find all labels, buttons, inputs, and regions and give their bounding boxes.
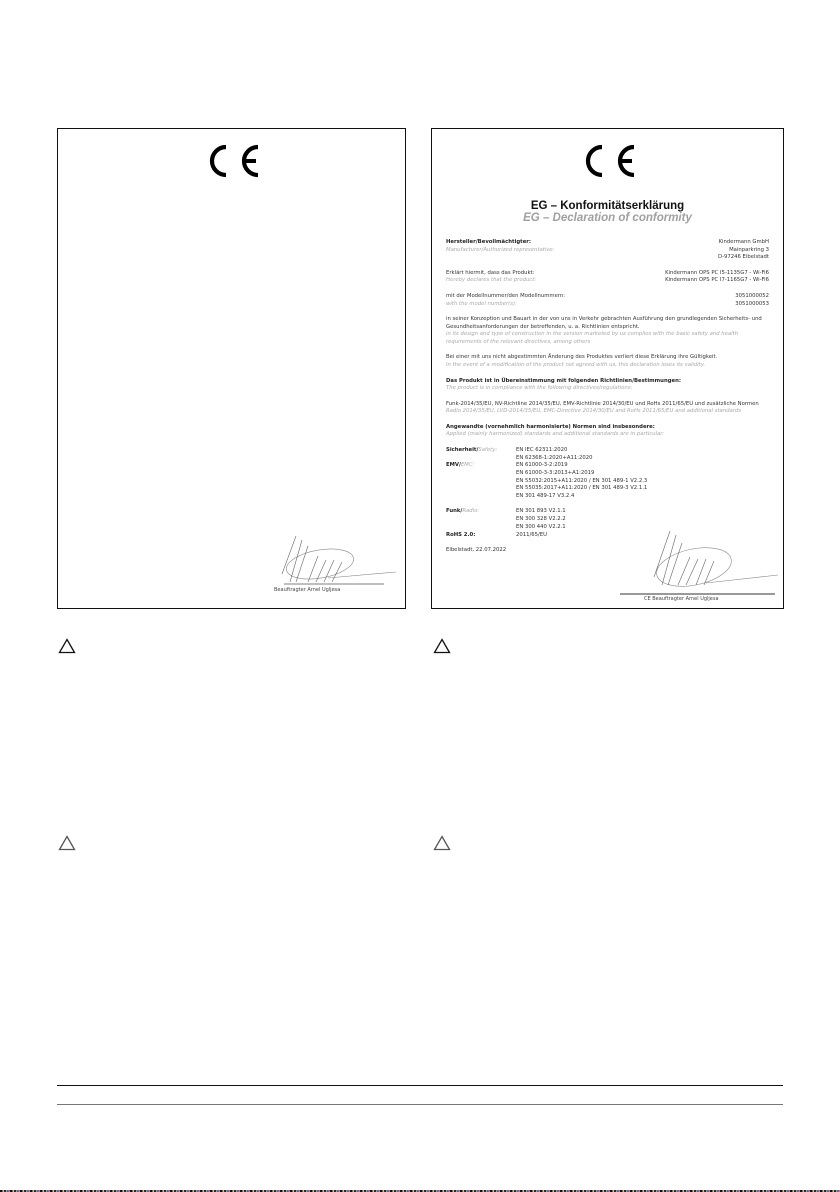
signature-line — [620, 593, 775, 595]
warning-triangle-icon — [433, 638, 451, 654]
standard-item: EN 300 328 V2.2.2 — [516, 516, 769, 524]
ce-mark — [58, 143, 405, 186]
manufacturer-value: Kindermann GmbH Mainparkring 3 D-97246 E… — [718, 239, 769, 262]
safety-label-en: Safety: — [478, 447, 497, 453]
product-name-1: Kindermann OPS PC I5-1135G7 - Wi-Fi6 — [665, 270, 769, 278]
ce-mark-icon — [200, 143, 264, 179]
signature-caption: Beauftragter Arnel Ugljesa — [274, 587, 340, 593]
standard-item: EN 62368-1:2020+A11:2020 — [516, 455, 769, 463]
applied-standards-heading-en: Applied (mainly harmonized) standards an… — [446, 431, 769, 439]
manufacturer-street: Mainparkring 3 — [718, 247, 769, 255]
ce-mark — [432, 143, 783, 186]
right-ce-declaration-panel: EG – Konformitätserklärung EG – Declarat… — [431, 128, 784, 609]
standard-item: EN 55035:2017+A11:2020 / EN 301 489-3 V2… — [516, 485, 769, 493]
model-block: mit der Modellnummer/den Modellnummern: … — [446, 293, 769, 308]
model-value: 3051000052 3051000053 — [735, 293, 769, 308]
modification-statement-en: In the event of a modification of the pr… — [446, 362, 769, 370]
model-label-en: with the model number(s): — [446, 301, 769, 309]
radio-label-de: Funk/ — [446, 508, 462, 514]
manufacturer-city: D-97246 Eibelstadt — [718, 254, 769, 262]
compliance-heading-en: The product is in compliance with the fo… — [446, 385, 769, 393]
standard-item: EN 61000-3-3:2013+A1:2019 — [516, 470, 769, 478]
declaration-title: EG – Konformitätserklärung — [432, 200, 783, 212]
manufacturer-name: Kindermann GmbH — [718, 239, 769, 247]
warning-triangle-icon — [58, 835, 76, 851]
emc-label-en: EMC: — [461, 462, 474, 468]
standard-item: EN IEC 62311:2020 — [516, 447, 769, 455]
signature-icon — [268, 534, 398, 594]
applied-standards-heading-de: Angewandte (vornehmlich harmonisierte) N… — [446, 424, 769, 432]
directives-en: Radio 2014/35/EU, LVD-2014/35/EU, EMC-Di… — [446, 408, 769, 416]
standards-emc: EMV/EMC: EN 61000-3-2:2019 EN 61000-3-3:… — [446, 462, 769, 501]
compliance-heading-de: Das Produkt ist in Übereinstimmung mit f… — [446, 378, 769, 386]
standard-item: EN 55032:2015+A11:2020 / EN 301 489-1 V2… — [516, 478, 769, 486]
rohs-label: RoHS 2.0: — [446, 532, 475, 538]
declaration-subtitle: EG – Declaration of conformity — [432, 212, 783, 224]
model-number-1: 3051000052 — [735, 293, 769, 301]
signature-icon — [632, 529, 782, 599]
radio-label-en: Radio: — [462, 508, 479, 514]
safety-label-de: Sicherheit/ — [446, 447, 478, 453]
manufacturer-block: Hersteller/Bevollmächtigter: Manufacture… — [446, 239, 769, 262]
ce-mark-icon — [576, 143, 640, 179]
design-statement-en: in its design and type of construction i… — [446, 331, 769, 346]
emc-label-de: EMV/ — [446, 462, 461, 468]
modification-statement-de: Bei einer mit uns nicht abgestimmten Änd… — [446, 354, 769, 362]
product-block: Erklärt hiermit, dass das Produkt: Hereb… — [446, 270, 769, 285]
left-ce-certificate-panel: Beauftragter Arnel Ugljesa — [57, 128, 406, 609]
footer-rule-bottom — [57, 1104, 783, 1105]
standard-item: EN 301 893 V2.1.1 — [516, 508, 769, 516]
signature-caption: CE Beauftragter Arnel Ugljesa — [644, 596, 719, 602]
warning-triangle-icon — [58, 638, 76, 654]
product-value: Kindermann OPS PC I5-1135G7 - Wi-Fi6 Kin… — [665, 270, 769, 285]
declaration-body: Hersteller/Bevollmächtigter: Manufacture… — [446, 239, 769, 555]
warning-triangle-icon — [433, 835, 451, 851]
standards-safety: Sicherheit/Safety: EN IEC 62311:2020 EN … — [446, 447, 769, 462]
footer-rule-top — [57, 1085, 783, 1086]
model-label-de: mit der Modellnummer/den Modellnummern: — [446, 293, 769, 301]
standard-item: EN 301 489-17 V3.2.4 — [516, 493, 769, 501]
design-statement-de: in seiner Konzeption und Bauart in der v… — [446, 316, 769, 331]
standard-item: EN 61000-3-2:2019 — [516, 462, 769, 470]
model-number-2: 3051000053 — [735, 301, 769, 309]
product-name-2: Kindermann OPS PC I7-1165G7 - Wi-Fi6 — [665, 277, 769, 285]
directives-de: Funk-2014/35/EU, NV-Richtline 2014/35/EU… — [446, 401, 769, 409]
